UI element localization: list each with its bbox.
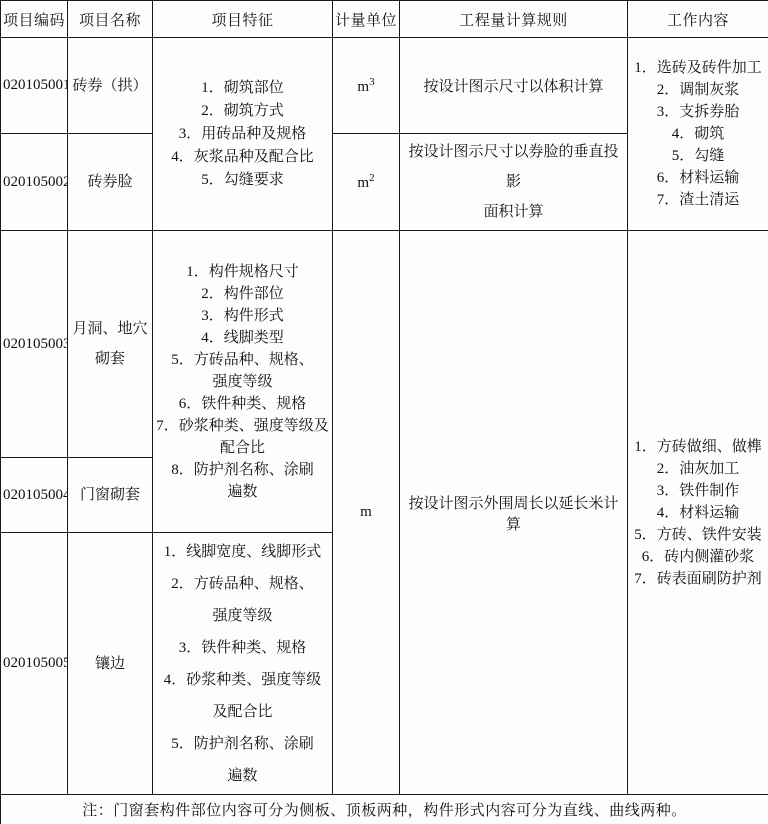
r2-code-cell: 020105002 bbox=[1, 134, 68, 231]
features-group2-cell: 1．构件规格尺寸2．构件部位3．构件形式4．线脚类型5．方砖品种、规格、强度等级… bbox=[153, 231, 333, 533]
header-cell-name: 项目名称 bbox=[68, 1, 153, 38]
group2-unit-cell: m bbox=[333, 231, 400, 795]
r1-rule-cell: 按设计图示尺寸以体积计算 bbox=[400, 38, 628, 134]
r1-name-cell: 砖券（拱） bbox=[68, 38, 153, 134]
r4-code-cell: 020105004 bbox=[1, 458, 68, 533]
r2-unit-cell: m2 bbox=[333, 134, 400, 231]
r5-code-cell: 020105005 bbox=[1, 533, 68, 795]
r2-unit-superscript: 2 bbox=[369, 172, 375, 184]
work-group1-cell: 1．选砖及砖件加工2．调制灰浆3．支拆券胎4．砌筑5．勾缝6．材料运输7．渣土清… bbox=[628, 38, 768, 231]
note-row: 注：门窗套构件部位内容可分为侧板、顶板两种，构件形式内容可分为直线、曲线两种。 bbox=[1, 795, 768, 824]
spec-table: 项目编码 项目名称 项目特征 计量单位 工程量计算规则 工作内容 0201050… bbox=[0, 0, 768, 824]
work-group2-cell: 1．方砖做细、做榫2．油灰加工3．铁件制作4．材料运输5．方砖、铁件安装6．砖内… bbox=[628, 231, 768, 795]
header-cell-features: 项目特征 bbox=[153, 1, 333, 38]
table-row-020105003: 020105003 月洞、地穴砌套 1．构件规格尺寸2．构件部位3．构件形式4．… bbox=[1, 231, 768, 458]
r2-unit-value: m bbox=[357, 175, 369, 191]
r1-unit-cell: m3 bbox=[333, 38, 400, 134]
header-cell-work: 工作内容 bbox=[628, 1, 768, 38]
header-row: 项目编码 项目名称 项目特征 计量单位 工程量计算规则 工作内容 bbox=[1, 1, 768, 38]
header-cell-unit: 计量单位 bbox=[333, 1, 400, 38]
r4-name-cell: 门窗砌套 bbox=[68, 458, 153, 533]
features-r5-cell: 1．线脚宽度、线脚形式2．方砖品种、规格、强度等级3．铁件种类、规格4．砂浆种类… bbox=[153, 533, 333, 795]
r3-name-cell: 月洞、地穴砌套 bbox=[68, 231, 153, 458]
r1-code-cell: 020105001 bbox=[1, 38, 68, 134]
group2-rule-cell: 按设计图示外围周长以延长米计算 bbox=[400, 231, 628, 795]
table-row-020105001: 020105001 砖券（拱） 1．砌筑部位2．砌筑方式3．用砖品种及规格4．灰… bbox=[1, 38, 768, 134]
table-footnote: 注：门窗套构件部位内容可分为侧板、顶板两种，构件形式内容可分为直线、曲线两种。 bbox=[1, 795, 768, 824]
r1-unit-superscript: 3 bbox=[369, 76, 375, 88]
r2-rule-cell: 按设计图示尺寸以券脸的垂直投影面积计算 bbox=[400, 134, 628, 231]
document-page: 项目编码 项目名称 项目特征 计量单位 工程量计算规则 工作内容 0201050… bbox=[0, 0, 768, 824]
r1-unit-value: m bbox=[357, 79, 369, 95]
header-cell-code: 项目编码 bbox=[1, 1, 68, 38]
r5-name-cell: 镶边 bbox=[68, 533, 153, 795]
features-group1-cell: 1．砌筑部位2．砌筑方式3．用砖品种及规格4．灰浆品种及配合比5．勾缝要求 bbox=[153, 38, 333, 231]
r3-code-cell: 020105003 bbox=[1, 231, 68, 458]
r2-name-cell: 砖券脸 bbox=[68, 134, 153, 231]
header-cell-rule: 工程量计算规则 bbox=[400, 1, 628, 38]
